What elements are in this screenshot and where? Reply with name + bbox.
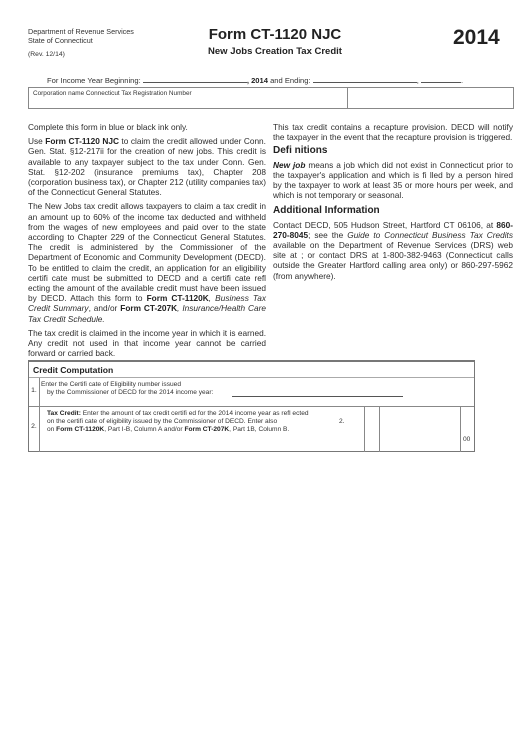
income-year-begin-label: For Income Year Beginning: <box>47 76 141 85</box>
income-year-end-label: and Ending: <box>268 76 311 85</box>
income-year-end-year-field[interactable] <box>421 74 461 83</box>
corporation-name-field[interactable] <box>29 88 347 108</box>
claim-year-paragraph: The tax credit is claimed in the income … <box>28 328 266 359</box>
line-2-number: 2. <box>29 406 40 452</box>
cents-cell: 00 <box>460 406 475 452</box>
definition-new-job: New job means a job which did not exist … <box>273 160 513 201</box>
tax-year: 2014 <box>453 26 500 50</box>
instructions-right-column: This tax credit contains a recapture pro… <box>273 122 513 285</box>
form-title: Form CT-1120 NJC <box>0 26 530 43</box>
line-1-number: 1. <box>29 378 40 406</box>
credit-computation-title: Credit Computation <box>29 362 474 378</box>
line-1-text-b: by the Commissioner of DECD for the 2014… <box>47 389 213 397</box>
line-1-row: 1. Enter the Certifi cate of Eligibility… <box>29 378 474 407</box>
tax-registration-number-field[interactable] <box>348 88 514 108</box>
income-year-mid: , 2014 <box>247 76 268 85</box>
additional-info-heading: Additional Information <box>273 206 513 216</box>
corporation-info-box: Corporation name Connecticut Tax Registr… <box>28 87 514 109</box>
cents-value: 00 <box>463 436 470 443</box>
certificate-number-field[interactable] <box>232 396 403 397</box>
income-year-end-field[interactable] <box>313 74 417 83</box>
credit-computation-table: Credit Computation 1. Enter the Certifi … <box>28 360 475 452</box>
instructions-left-column: Complete this form in blue or black ink … <box>28 122 266 362</box>
line-2-row: 2. Tax Credit: Enter the amount of tax c… <box>29 406 474 452</box>
line-2-text-c: on Form CT-1120K, Part I-B, Column A and… <box>47 426 289 434</box>
line-2-ref-cell <box>364 406 379 452</box>
definitions-heading: Defi nitions <box>273 146 513 156</box>
income-year-line: For Income Year Beginning: , 2014 and En… <box>47 74 463 85</box>
credit-description-paragraph: The New Jobs tax credit allows taxpayers… <box>28 201 266 323</box>
ink-instruction: Complete this form in blue or black ink … <box>28 122 266 132</box>
income-year-begin-field[interactable] <box>143 74 247 83</box>
additional-info-paragraph: Contact DECD, 505 Hudson Street, Hartfor… <box>273 220 513 281</box>
form-subtitle: New Jobs Creation Tax Credit <box>0 46 530 57</box>
purpose-paragraph: Use Form CT-1120 NJC to claim the credit… <box>28 136 266 197</box>
comma: , <box>417 76 419 85</box>
recapture-paragraph: This tax credit contains a recapture pro… <box>273 122 513 142</box>
line-2-ref-number: 2. <box>339 418 345 426</box>
